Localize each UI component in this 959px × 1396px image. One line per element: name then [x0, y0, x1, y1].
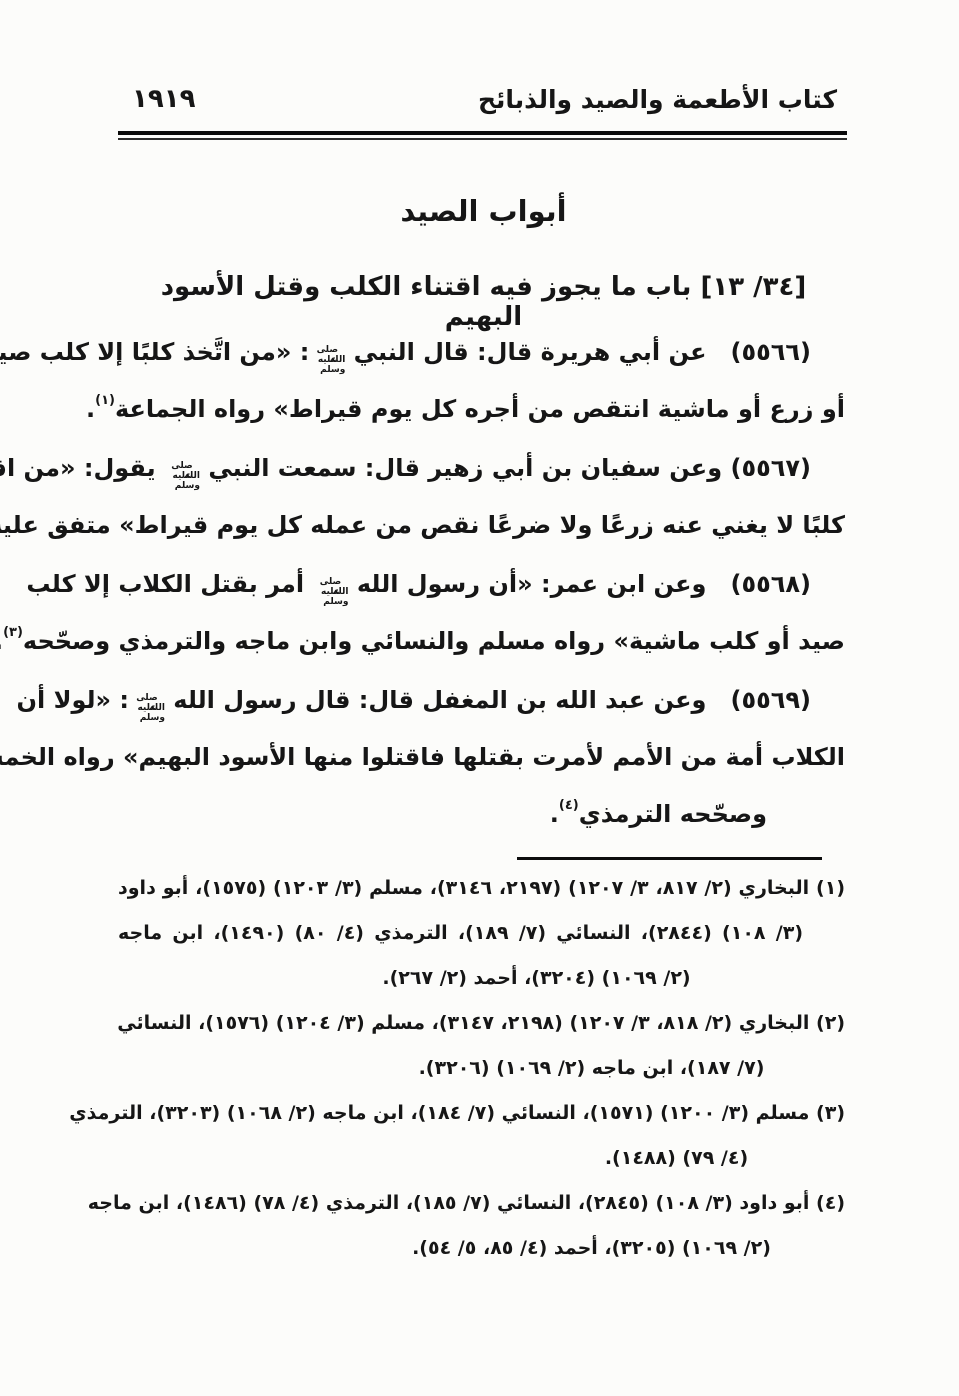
footnote-ref: (١)	[95, 393, 115, 408]
sallallahu-alayhi-wasallam-icon: صلى اللهعليه وسلم	[309, 345, 345, 365]
hadith-line: صيد أو كلب ماشية» رواه مسلم والنسائي واب…	[118, 613, 845, 670]
footnote-entry: (١) البخاري (٢/ ٨١٧، ٣/ ١٢٠٧) (٢١٩٧، ٣١٤…	[118, 866, 845, 1001]
text-segment: : «من اتَّخذ كلبًا إلا كلب صيد	[0, 338, 309, 366]
footnote-line: (٣) مسلم (٣/ ١٢٠٠) (١٥٧١)، النسائي (٧/ ١…	[118, 1091, 845, 1136]
footnote-line: (٤) أبو داود (٣/ ١٠٨) (٢٨٤٥)، النسائي (٧…	[118, 1181, 845, 1226]
running-head: كتاب الأطعمة والصيد والذبائح	[478, 85, 847, 114]
footnote-ref: (٣)	[3, 625, 23, 640]
footnote-line: (٢) البخاري (٢/ ٨١٨، ٣/ ١٢٠٧) (٢١٩٨، ٣١٤…	[118, 1001, 845, 1046]
hadith-line: (٥٥٦٦)عن أبي هريرة قال: قال النبي صلى ال…	[118, 324, 845, 381]
footnote-line: (٢/ ١٠٦٩) (٣٢٠٤)، أحمد (٢/ ٢٦٧).	[118, 956, 845, 1001]
header-rule	[118, 131, 847, 140]
page-number: ١٩١٩	[120, 84, 195, 114]
hadith-line: (٥٥٦٨)وعن ابن عمر: «أن رسول الله صلى الل…	[118, 556, 845, 613]
hadith-line: أو زرع أو ماشية انتقص من أجره كل يوم قير…	[118, 381, 845, 438]
text-segment: أمر بقتل الكلاب إلا كلب	[26, 570, 312, 598]
text-segment: أو زرع أو ماشية انتقص من أجره كل يوم قير…	[115, 395, 845, 423]
hadith-line: (٥٥٦٩)وعن عبد الله بن المغفل قال: قال رس…	[118, 672, 845, 729]
hadith-line: كلبًا لا يغني عنه زرعًا ولا ضرعًا نقص من…	[118, 497, 845, 554]
footnote-entry: (٢) البخاري (٢/ ٨١٨، ٣/ ١٢٠٧) (٢١٩٨، ٣١٤…	[118, 1001, 845, 1091]
honorific-line: صلى الله	[164, 461, 200, 471]
text-segment: كلبًا لا يغني عنه زرعًا ولا ضرعًا نقص من…	[0, 511, 845, 539]
text-segment: عن أبي هريرة قال: قال النبي	[345, 338, 706, 366]
book-page: ١٩١٩ كتاب الأطعمة والصيد والذبائح أبواب …	[0, 0, 959, 1396]
text-segment: (٥٥٦٧) وعن سفيان بن أبي زهير قال: سمعت ا…	[200, 454, 811, 482]
footnote-entry: (٤) أبو داود (٣/ ١٠٨) (٢٨٤٥)، النسائي (٧…	[118, 1181, 845, 1271]
footnote-rule	[517, 857, 822, 860]
text-segment: .	[550, 800, 559, 828]
text-segment: وصحّحه الترمذي	[579, 800, 767, 828]
footnote-line: (٣/ ١٠٨) (٢٨٤٤)، النسائي (٧/ ١٨٩)، الترم…	[118, 911, 845, 956]
text-segment: (٥٥٦٦)	[730, 338, 811, 366]
hadith-line: (٥٥٦٧) وعن سفيان بن أبي زهير قال: سمعت ا…	[118, 440, 845, 497]
text-segment: .	[86, 395, 95, 423]
hadith-line: الكلاب أمة من الأمم لأمرت بقتلها فاقتلوا…	[118, 729, 845, 786]
footnote-line: (٤/ ٧٩) (١٤٨٨).	[118, 1136, 845, 1181]
footnote-line: (١) البخاري (٢/ ٨١٧، ٣/ ١٢٠٧) (٢١٩٧، ٣١٤…	[118, 866, 845, 911]
text-segment: صيد أو كلب ماشية» رواه مسلم والنسائي واب…	[23, 627, 845, 655]
chapter-heading: [٣٤/ ١٣] باب ما يجوز فيه اقتناء الكلب وق…	[120, 272, 847, 332]
text-segment: يقول: «من اقتنى	[0, 454, 164, 482]
honorific-line: صلى الله	[129, 693, 165, 703]
sallallahu-alayhi-wasallam-icon: صلى اللهعليه وسلم	[164, 461, 200, 481]
hadith-list: (٥٥٦٦)عن أبي هريرة قال: قال النبي صلى ال…	[118, 324, 845, 845]
page-header: ١٩١٩ كتاب الأطعمة والصيد والذبائح	[120, 84, 847, 114]
sallallahu-alayhi-wasallam-icon: صلى اللهعليه وسلم	[312, 577, 348, 597]
footnote-line: (٧/ ١٨٧)، ابن ماجه (٢/ ١٠٦٩) (٣٢٠٦).	[118, 1046, 845, 1091]
text-segment: وعن عبد الله بن المغفل قال: قال رسول الل…	[165, 686, 707, 714]
hadith-paragraph: (٥٥٦٦)عن أبي هريرة قال: قال النبي صلى ال…	[118, 324, 845, 438]
footnote-ref: (٤)	[559, 798, 579, 813]
hadith-paragraph: (٥٥٦٩)وعن عبد الله بن المغفل قال: قال رس…	[118, 672, 845, 843]
honorific-line: صلى الله	[309, 345, 345, 355]
text-segment: (٥٥٦٩)	[730, 686, 811, 714]
honorific-line: صلى الله	[312, 577, 348, 587]
text-segment: : «لولا أن	[17, 686, 129, 714]
sallallahu-alayhi-wasallam-icon: صلى اللهعليه وسلم	[129, 693, 165, 713]
hadith-paragraph: (٥٥٦٨)وعن ابن عمر: «أن رسول الله صلى الل…	[118, 556, 845, 670]
hadith-paragraph: (٥٥٦٧) وعن سفيان بن أبي زهير قال: سمعت ا…	[118, 440, 845, 554]
text-segment: الكلاب أمة من الأمم لأمرت بقتلها فاقتلوا…	[0, 743, 845, 771]
footnote-line: (٢/ ١٠٦٩) (٣٢٠٥)، أحمد (٤/ ٨٥، ٥/ ٥٤).	[118, 1226, 845, 1271]
section-title: أبواب الصيد	[120, 194, 847, 228]
footnote-entry: (٣) مسلم (٣/ ١٢٠٠) (١٥٧١)، النسائي (٧/ ١…	[118, 1091, 845, 1181]
text-segment: وعن ابن عمر: «أن رسول الله	[348, 570, 706, 598]
text-segment: (٥٥٦٨)	[730, 570, 811, 598]
hadith-line: وصحّحه الترمذي(٤).	[118, 786, 845, 843]
footnote-list: (١) البخاري (٢/ ٨١٧، ٣/ ١٢٠٧) (٢١٩٧، ٣١٤…	[118, 866, 845, 1271]
